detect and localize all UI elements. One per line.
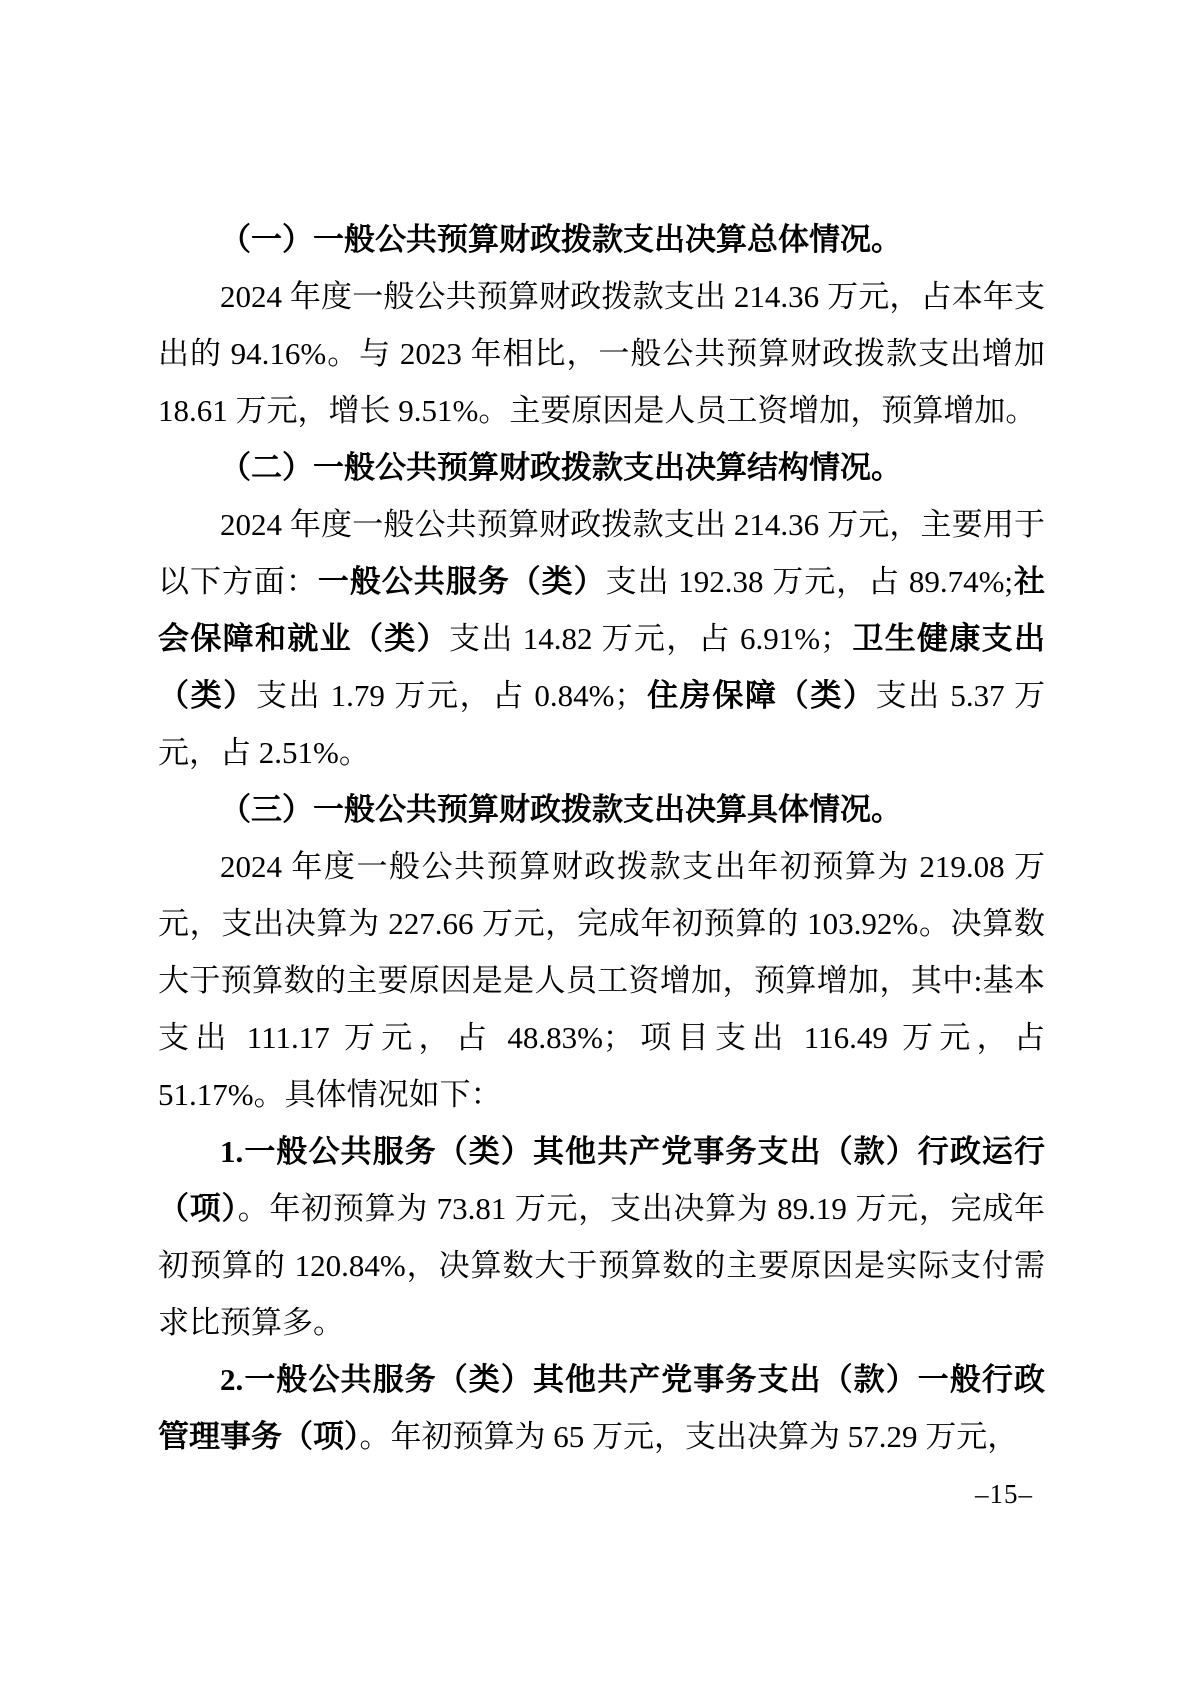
text-run: 。年初预算为 73.81 万元，支出决算为 89.19 万元，完成年初预算的 1…	[158, 1191, 1045, 1340]
text-run: 2024 年度一般公共预算财政拨款支出年初预算为 219.08 万元，支出决算为…	[158, 849, 1045, 1112]
text-run: 支出 1.79 万元，占 0.84%；	[256, 678, 645, 713]
content-column: （一）一般公共预算财政拨款支出决算总体情况。 2024 年度一般公共预算财政拨款…	[158, 211, 1045, 1465]
text-run-bold-housing: 住房保障（类）	[645, 678, 875, 713]
text-run-bold-general-public-services: 一般公共服务（类）	[318, 564, 606, 599]
document-page: （一）一般公共预算财政拨款支出决算总体情况。 2024 年度一般公共预算财政拨款…	[0, 0, 1190, 1683]
paragraph-item-1: 1.一般公共服务（类）其他共产党事务支出（款）行政运行（项）。年初预算为 73.…	[158, 1123, 1045, 1351]
section-heading-overall: （一）一般公共预算财政拨款支出决算总体情况。	[158, 211, 1045, 268]
text-run: 。年初预算为 65 万元，支出决算为 57.29 万元，	[360, 1419, 1019, 1454]
section-heading-structure: （二）一般公共预算财政拨款支出决算结构情况。	[158, 439, 1045, 496]
paragraph-overall-situation: 2024 年度一般公共预算财政拨款支出 214.36 万元，占本年支出的 94.…	[158, 268, 1045, 439]
page-number: –15–	[975, 1478, 1033, 1510]
text-run: 支出 14.82 万元，占 6.91%；	[449, 621, 851, 656]
text-run: 支出 192.38 万元，占 89.74%;	[606, 564, 1013, 599]
section-heading-specific: （三）一般公共预算财政拨款支出决算具体情况。	[158, 781, 1045, 838]
text-run: 2024 年度一般公共预算财政拨款支出 214.36 万元，占本年支出的 94.…	[158, 279, 1045, 428]
paragraph-structure-breakdown: 2024 年度一般公共预算财政拨款支出 214.36 万元，主要用于以下方面：一…	[158, 496, 1045, 781]
paragraph-specific-situation: 2024 年度一般公共预算财政拨款支出年初预算为 219.08 万元，支出决算为…	[158, 838, 1045, 1123]
paragraph-item-2: 2.一般公共服务（类）其他共产党事务支出（款）一般行政管理事务（项）。年初预算为…	[158, 1351, 1045, 1465]
